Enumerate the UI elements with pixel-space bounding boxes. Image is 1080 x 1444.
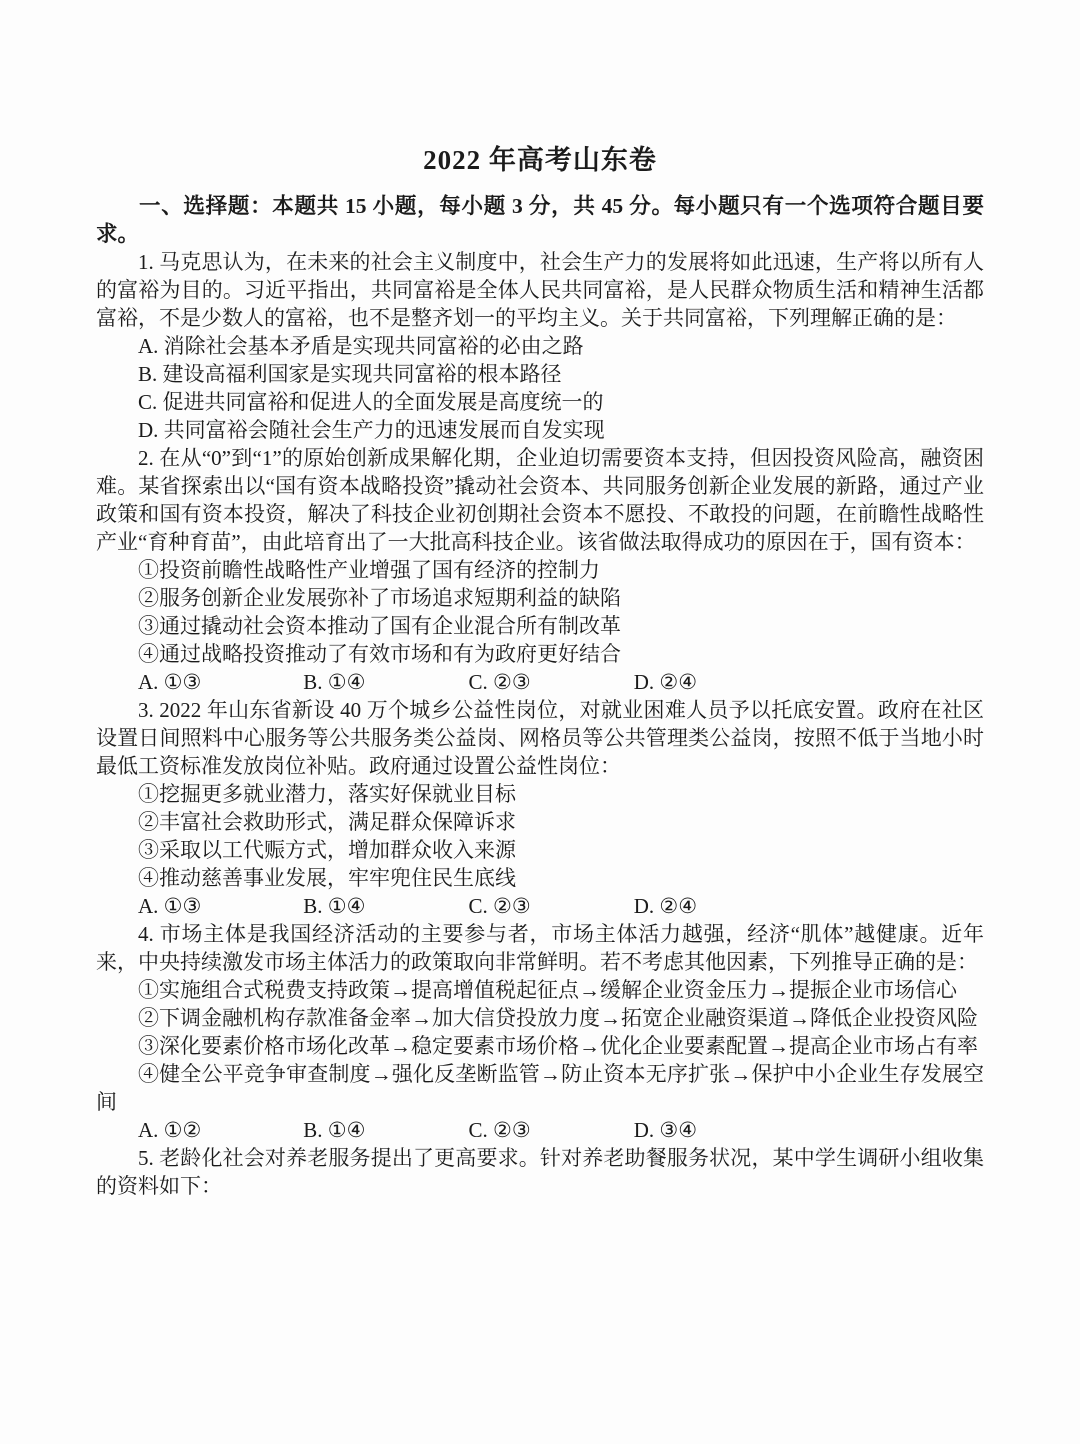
question-4-choices: A. ①② B. ①④ C. ②③ D. ③④ xyxy=(96,1116,984,1144)
question-2: 2. 在从“0”到“1”的原始创新成果解化期，企业迫切需要资本支持，但因投资风险… xyxy=(96,444,984,696)
question-5-stem: 5. 老龄化社会对养老服务提出了更高要求。针对养老助餐服务状况，某中学生调研小组… xyxy=(96,1144,984,1200)
question-4-choice-c: C. ②③ xyxy=(469,1116,629,1144)
section-header: 一、选择题：本题共 15 小题，每小题 3 分，共 45 分。每小题只有一个选项… xyxy=(96,192,984,248)
question-4-choice-a: A. ①② xyxy=(138,1116,298,1144)
question-2-statement-4: ④通过战略投资推动了有效市场和有为政府更好结合 xyxy=(96,640,984,668)
question-1-stem: 1. 马克思认为，在未来的社会主义制度中，社会生产力的发展将如此迅速，生产将以所… xyxy=(96,248,984,332)
exam-title: 2022 年高考山东卷 xyxy=(96,144,984,176)
question-3-statement-2: ②丰富社会救助形式，满足群众保障诉求 xyxy=(96,808,984,836)
question-3-choice-d: D. ②④ xyxy=(634,892,697,920)
question-1-option-c: C. 促进共同富裕和促进人的全面发展是高度统一的 xyxy=(96,388,984,416)
question-4-choice-b: B. ①④ xyxy=(303,1116,463,1144)
question-3-choices: A. ①③ B. ①④ C. ②③ D. ②④ xyxy=(96,892,984,920)
question-3-stem: 3. 2022 年山东省新设 40 万个城乡公益性岗位，对就业困难人员予以托底安… xyxy=(96,696,984,780)
question-4-stem: 4. 市场主体是我国经济活动的主要参与者，市场主体活力越强，经济“肌体”越健康。… xyxy=(96,920,984,976)
question-3-choice-a: A. ①③ xyxy=(138,892,298,920)
question-4-statement-2: ②下调金融机构存款准备金率→加大信贷投放力度→拓宽企业融资渠道→降低企业投资风险 xyxy=(96,1004,984,1032)
question-1-option-b: B. 建设高福利国家是实现共同富裕的根本路径 xyxy=(96,360,984,388)
question-4: 4. 市场主体是我国经济活动的主要参与者，市场主体活力越强，经济“肌体”越健康。… xyxy=(96,920,984,1144)
question-2-statement-1: ①投资前瞻性战略性产业增强了国有经济的控制力 xyxy=(96,556,984,584)
question-4-choice-d: D. ③④ xyxy=(634,1116,697,1144)
question-3-statement-1: ①挖掘更多就业潜力，落实好保就业目标 xyxy=(96,780,984,808)
question-3: 3. 2022 年山东省新设 40 万个城乡公益性岗位，对就业困难人员予以托底安… xyxy=(96,696,984,920)
question-2-choice-a: A. ①③ xyxy=(138,668,298,696)
question-4-statement-4: ④健全公平竞争审查制度→强化反垄断监管→防止资本无序扩张→保护中小企业生存发展空… xyxy=(96,1060,984,1116)
question-4-statement-3: ③深化要素价格市场化改革→稳定要素市场价格→优化企业要素配置→提高企业市场占有率 xyxy=(96,1032,984,1060)
question-3-statement-4: ④推动慈善事业发展，牢牢兜住民生底线 xyxy=(96,864,984,892)
question-5: 5. 老龄化社会对养老服务提出了更高要求。针对养老助餐服务状况，某中学生调研小组… xyxy=(96,1144,984,1200)
question-3-choice-c: C. ②③ xyxy=(469,892,629,920)
question-2-statement-3: ③通过撬动社会资本推动了国有企业混合所有制改革 xyxy=(96,612,984,640)
question-3-choice-b: B. ①④ xyxy=(303,892,463,920)
question-3-statement-3: ③采取以工代赈方式，增加群众收入来源 xyxy=(96,836,984,864)
exam-page: 2022 年高考山东卷 一、选择题：本题共 15 小题，每小题 3 分，共 45… xyxy=(0,0,1080,1444)
question-2-stem: 2. 在从“0”到“1”的原始创新成果解化期，企业迫切需要资本支持，但因投资风险… xyxy=(96,444,984,556)
question-2-choice-c: C. ②③ xyxy=(469,668,629,696)
question-2-choices: A. ①③ B. ①④ C. ②③ D. ②④ xyxy=(96,668,984,696)
question-2-choice-d: D. ②④ xyxy=(634,668,697,696)
question-4-statement-1: ①实施组合式税费支持政策→提高增值税起征点→缓解企业资金压力→提振企业市场信心 xyxy=(96,976,984,1004)
question-2-statement-2: ②服务创新企业发展弥补了市场追求短期利益的缺陷 xyxy=(96,584,984,612)
question-1: 1. 马克思认为，在未来的社会主义制度中，社会生产力的发展将如此迅速，生产将以所… xyxy=(96,248,984,444)
exam-content: 2022 年高考山东卷 一、选择题：本题共 15 小题，每小题 3 分，共 45… xyxy=(96,144,984,1200)
question-2-choice-b: B. ①④ xyxy=(303,668,463,696)
question-1-option-d: D. 共同富裕会随社会生产力的迅速发展而自发实现 xyxy=(96,416,984,444)
question-1-option-a: A. 消除社会基本矛盾是实现共同富裕的必由之路 xyxy=(96,332,984,360)
